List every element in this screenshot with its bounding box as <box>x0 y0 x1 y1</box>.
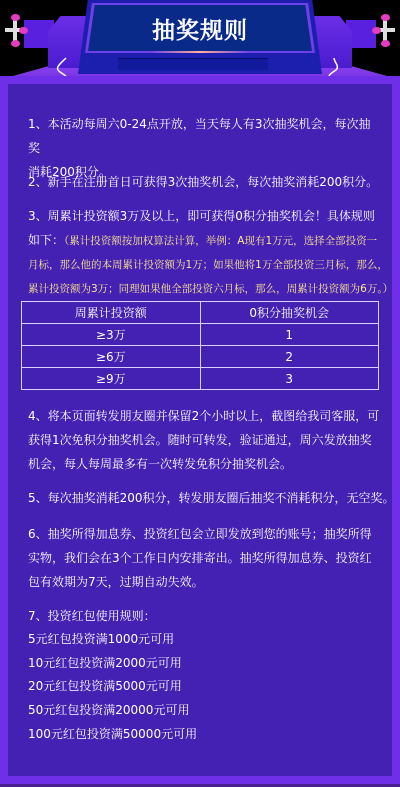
rule-3-line-2: 如下：（累计投资额按加权算法计算，举例：A现有1万元，选择全部投资一 <box>28 228 380 253</box>
coupon-rule: 10元红包投资满2000元可用 <box>28 655 182 671</box>
rule-6-line-1: 6、抽奖所得加息券、投资红包会立即发放到您的账号；抽奖所得 <box>28 522 380 546</box>
title-glow <box>150 51 250 53</box>
rule-5-line-1: 5、每次抽奖消耗200积分，转发朋友圈后抽奖不消耗积分，无空奖。 <box>28 486 380 510</box>
coupon-rule: 5元红包投资满1000元可用 <box>28 631 174 647</box>
rule-3-note: 月标，那么他的本周累计投资额为1万；如果他将1万全部投资三月标，那么， <box>28 253 380 277</box>
title-slot <box>118 58 268 70</box>
table-header-row: 周累计投资额 0积分抽奖机会 <box>22 302 379 324</box>
rule-6-line-2: 实物，我们会在3个工作日内安排寄出。抽奖所得加息券、投资红 <box>28 546 380 570</box>
table-cell: 2 <box>200 346 379 368</box>
title-panel: 抽奖规则 <box>88 5 312 51</box>
table-cell: ≥3万 <box>22 324 201 346</box>
table-header: 周累计投资额 <box>22 302 201 324</box>
rule-3: 3、周累计投资额3万及以上，即可获得0积分抽奖机会！具体规则 如下：（累计投资额… <box>28 204 380 301</box>
table-row: ≥3万 1 <box>22 324 379 346</box>
table-cell: ≥6万 <box>22 346 201 368</box>
table-cell: ≥9万 <box>22 368 201 390</box>
rule-5: 5、每次抽奖消耗200积分，转发朋友圈后抽奖不消耗积分，无空奖。 <box>28 486 380 510</box>
plug-connector-icon <box>372 12 398 48</box>
rule-3-note: 累计投资额为3万；同理如果他全部投资六月标，那么，周累计投资额为6万。） <box>28 277 380 301</box>
rule-1-line-1: 1、本活动每周六0-24点开放，当天每人有3次抽奖机会，每次抽奖 <box>28 112 380 160</box>
rule-2-line-1: 2、新手在注册首日可获得3次抽奖机会，每次抽奖消耗200积分。 <box>28 170 380 194</box>
coupon-rule: 100元红包投资满50000元可用 <box>28 726 197 742</box>
rule-6-line-3: 包有效期为7天，过期自动失效。 <box>28 570 380 594</box>
plug-connector-icon <box>2 12 28 48</box>
rule-2: 2、新手在注册首日可获得3次抽奖机会，每次抽奖消耗200积分。 <box>28 170 380 194</box>
table-row: ≥6万 2 <box>22 346 379 368</box>
rule-6: 6、抽奖所得加息券、投资红包会立即发放到您的账号；抽奖所得 实物，我们会在3个工… <box>28 522 380 594</box>
coupon-rule: 20元红包投资满5000元可用 <box>28 678 182 694</box>
rule-4-line-1: 4、将本页面转发朋友圈并保留2个小时以上，截图给我司客服，可 <box>28 404 380 428</box>
table-cell: 1 <box>200 324 379 346</box>
table-header: 0积分抽奖机会 <box>200 302 379 324</box>
rule-7-line-1: 7、投资红包使用规则： <box>28 604 380 628</box>
rule-7: 7、投资红包使用规则： <box>28 604 380 628</box>
rule-3-note: （累计投资额按加权算法计算，举例：A现有1万元，选择全部投资一 <box>64 235 377 247</box>
rule-4-line-2: 获得1次免积分抽奖机会。随时可转发，验证通过，周六发放抽奖 <box>28 428 380 452</box>
page-title: 抽奖规则 <box>152 12 248 45</box>
table-cell: 3 <box>200 368 379 390</box>
coupon-rule: 50元红包投资满20000元可用 <box>28 702 189 718</box>
rule-3-line-1: 3、周累计投资额3万及以上，即可获得0积分抽奖机会！具体规则 <box>28 204 380 228</box>
investment-table: 周累计投资额 0积分抽奖机会 ≥3万 1 ≥6万 2 ≥9万 3 <box>21 301 379 390</box>
table-row: ≥9万 3 <box>22 368 379 390</box>
rule-4: 4、将本页面转发朋友圈并保留2个小时以上，截图给我司客服，可 获得1次免积分抽奖… <box>28 404 380 476</box>
rule-4-line-3: 机会，每人每周最多有一次转发免积分抽奖机会。 <box>28 452 380 476</box>
